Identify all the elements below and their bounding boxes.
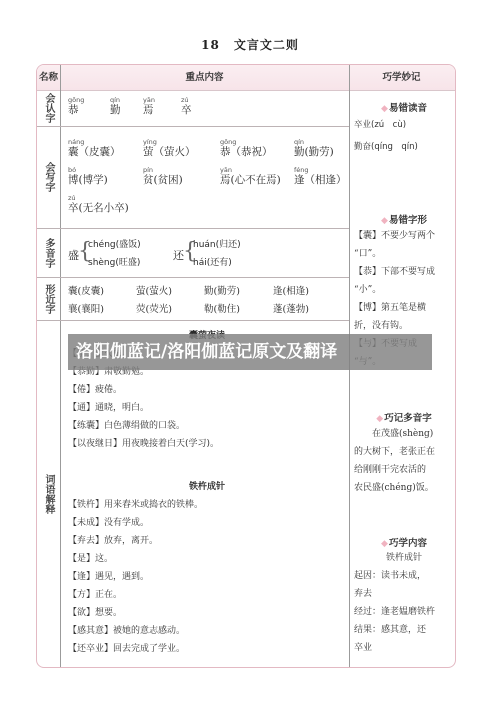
divider	[37, 228, 349, 229]
reading: shèng(旺盛)	[88, 255, 140, 268]
label-text: 词语解释	[43, 474, 54, 514]
tip-line: 勤奋(qíng qín)	[354, 138, 454, 156]
pinyin: pín	[143, 166, 183, 174]
tip-line: 卒业(zú cù)	[354, 116, 454, 134]
tip-line: 在茂盛(shèng)	[354, 425, 454, 443]
char: 逢（相逢）	[294, 174, 347, 187]
reading: chéng(盛饭)	[88, 237, 141, 250]
write-item: náng囊（皮囊）	[68, 138, 121, 159]
vocab-entry: 【是】这。	[68, 551, 113, 564]
tip-line: 经过：逢老媪磨铁杵	[354, 603, 454, 621]
header-name: 名称	[37, 65, 60, 90]
vocab-entry: 【铁杵】用来舂米或捣衣的铁棒。	[68, 497, 203, 510]
pinyin: qín	[294, 138, 334, 146]
write-item: qín勤(勤劳)	[294, 138, 334, 159]
tip-title: 易错字形	[389, 215, 427, 226]
similar-char: 勤(勤劳)	[204, 283, 240, 297]
divider	[37, 277, 349, 278]
char: 卒	[181, 104, 192, 117]
label-text: 会认字	[43, 93, 54, 123]
diamond-icon: ◆	[381, 216, 388, 226]
char: 博(博学)	[68, 174, 108, 187]
lesson-number: 18	[201, 38, 220, 52]
similar-char: 襄(襄阳)	[68, 301, 104, 315]
tip-line: “口”。	[354, 245, 454, 263]
char: 焉(心不在焉)	[220, 174, 281, 187]
similar-char: 萤(萤火)	[136, 283, 172, 297]
vocab-entry: 【弃去】放弃，离开。	[68, 533, 158, 546]
diamond-icon: ◆	[381, 104, 388, 114]
char: 恭（恭祝）	[220, 146, 273, 159]
vocab-entry: 【未成】没有学成。	[68, 515, 149, 528]
pinyin: gōng	[220, 138, 273, 146]
polyphone-group: 盛 { chéng(盛饭) shèng(旺盛)	[68, 237, 188, 271]
tip-title: 易错读音	[389, 103, 427, 114]
pinyin: yān	[143, 96, 155, 104]
recognize-item: zú卒	[181, 96, 192, 117]
similar-char: 蓬(蓬勃)	[273, 301, 309, 315]
recognize-item: qín勤	[110, 96, 121, 117]
vocab-entry: 【以夜继日】用夜晚接着白天(学习)。	[68, 436, 219, 449]
write-item: féng逢（相逢）	[294, 166, 347, 187]
pinyin: gōng	[68, 96, 84, 104]
pinyin: zú	[68, 194, 129, 202]
recognize-item: yān焉	[143, 96, 155, 117]
pinyin: yān	[220, 166, 281, 174]
tip-line: 【博】第五笔是横	[354, 299, 454, 317]
write-item: zú卒(无名小卒)	[68, 194, 129, 215]
label-text: 会写字	[43, 162, 54, 192]
similar-char: 勒(勒住)	[204, 301, 240, 315]
diamond-icon: ◆	[381, 539, 388, 549]
vocab-entry: 【练囊】白色薄绢做的口袋。	[68, 418, 185, 431]
section-title: 铁杵成针	[97, 479, 317, 492]
char: 囊（皮囊）	[68, 146, 121, 159]
polyphone-group: 还 { huán(归还) hái(还有)	[173, 237, 293, 271]
tip-line: 折，没有钩。	[354, 317, 454, 335]
page-title: 18文言文二则	[0, 36, 500, 53]
tip-content: ◆巧学内容 铁杵成针 起因：读书未成， 弃去 经过：逢老媪磨铁杵 结果：感其意，…	[354, 535, 454, 657]
tip-line: 弃去	[354, 585, 454, 603]
pinyin: zú	[181, 96, 192, 104]
label-similar: 形近字	[37, 277, 60, 320]
label-write: 会写字	[37, 126, 60, 228]
label-recognize: 会认字	[37, 90, 60, 126]
divider	[37, 126, 349, 127]
vocab-entry: 【倦】疲倦。	[68, 382, 122, 395]
reading: hái(还有)	[193, 255, 232, 268]
divider	[37, 320, 349, 321]
vocab-entry: 【欲】想要。	[68, 605, 122, 618]
vocab-entry: 【逢】遇见，遇到。	[68, 569, 149, 582]
label-text: 多音字	[43, 238, 54, 268]
pinyin: bó	[68, 166, 108, 174]
pinyin: yíng	[143, 138, 196, 146]
tip-line: 给刚刚干完农活的	[354, 461, 454, 479]
vocab-entry: 【通】通晓，明白。	[68, 400, 149, 413]
char: 勤(勤劳)	[294, 146, 334, 159]
tip-line: 起因：读书未成，	[354, 567, 454, 585]
tip-line: 的大树下，老张正在	[354, 443, 454, 461]
char: 恭	[68, 104, 84, 117]
recognize-item: gōng恭	[68, 96, 84, 117]
write-item: yíng萤（萤火）	[143, 138, 196, 159]
diamond-icon: ◆	[376, 414, 383, 424]
tip-title: 巧记多音字	[384, 413, 432, 424]
char: 勤	[110, 104, 121, 117]
pinyin: náng	[68, 138, 121, 146]
tip-pronunciation: ◆易错读音 卒业(zú cù) 勤奋(qíng qín)	[354, 100, 454, 156]
char: 卒(无名小卒)	[68, 202, 129, 215]
pinyin: féng	[294, 166, 347, 174]
write-item: pín贫(贫困)	[143, 166, 183, 187]
tip-title: 巧学内容	[389, 538, 427, 549]
write-item: yān焉(心不在焉)	[220, 166, 281, 187]
reading: huán(归还)	[193, 237, 241, 250]
tip-line: 【囊】不要少写两个	[354, 227, 454, 245]
header-tips: 巧学妙记	[349, 65, 454, 90]
label-vocab: 词语解释	[37, 320, 60, 667]
divider	[60, 65, 61, 667]
tip-line: “小”。	[354, 281, 454, 299]
tip-line: 卒业	[354, 639, 454, 657]
similar-char: 囊(皮囊)	[68, 283, 104, 297]
char: 贫(贫困)	[143, 174, 183, 187]
label-polyphone: 多音字	[37, 228, 60, 277]
similar-char: 荧(荧光)	[136, 301, 172, 315]
tip-line: 结果：感其意，还	[354, 621, 454, 639]
tip-polyphone-memo: ◆巧记多音字 在茂盛(shèng) 的大树下，老张正在 给刚刚干完农活的 农民盛…	[354, 410, 454, 497]
tip-line: 农民盛(chéng)饭。	[354, 479, 454, 497]
vocab-entry: 【方】正在。	[68, 587, 122, 600]
char: 焉	[143, 104, 155, 117]
header-key-content: 重点内容	[60, 65, 349, 90]
overlay-banner: 洛阳伽蓝记/洛阳伽蓝记原文及翻译	[68, 334, 432, 370]
tip-subtitle: 铁杵成针	[354, 549, 454, 567]
pinyin: qín	[110, 96, 121, 104]
vocab-entry: 【还卒业】回去完成了学业。	[68, 641, 185, 654]
table-header: 名称 重点内容 巧学妙记	[37, 65, 455, 91]
char: 萤（萤火）	[143, 146, 196, 159]
write-item: bó博(博学)	[68, 166, 108, 187]
vocab-entry: 【感其意】被她的意志感动。	[68, 623, 185, 636]
label-text: 形近字	[43, 284, 54, 314]
lesson-title: 文言文二则	[234, 38, 299, 52]
write-item: gōng恭（恭祝）	[220, 138, 273, 159]
similar-char: 逢(相逢)	[273, 283, 309, 297]
tip-line: 【恭】下部不要写成	[354, 263, 454, 281]
